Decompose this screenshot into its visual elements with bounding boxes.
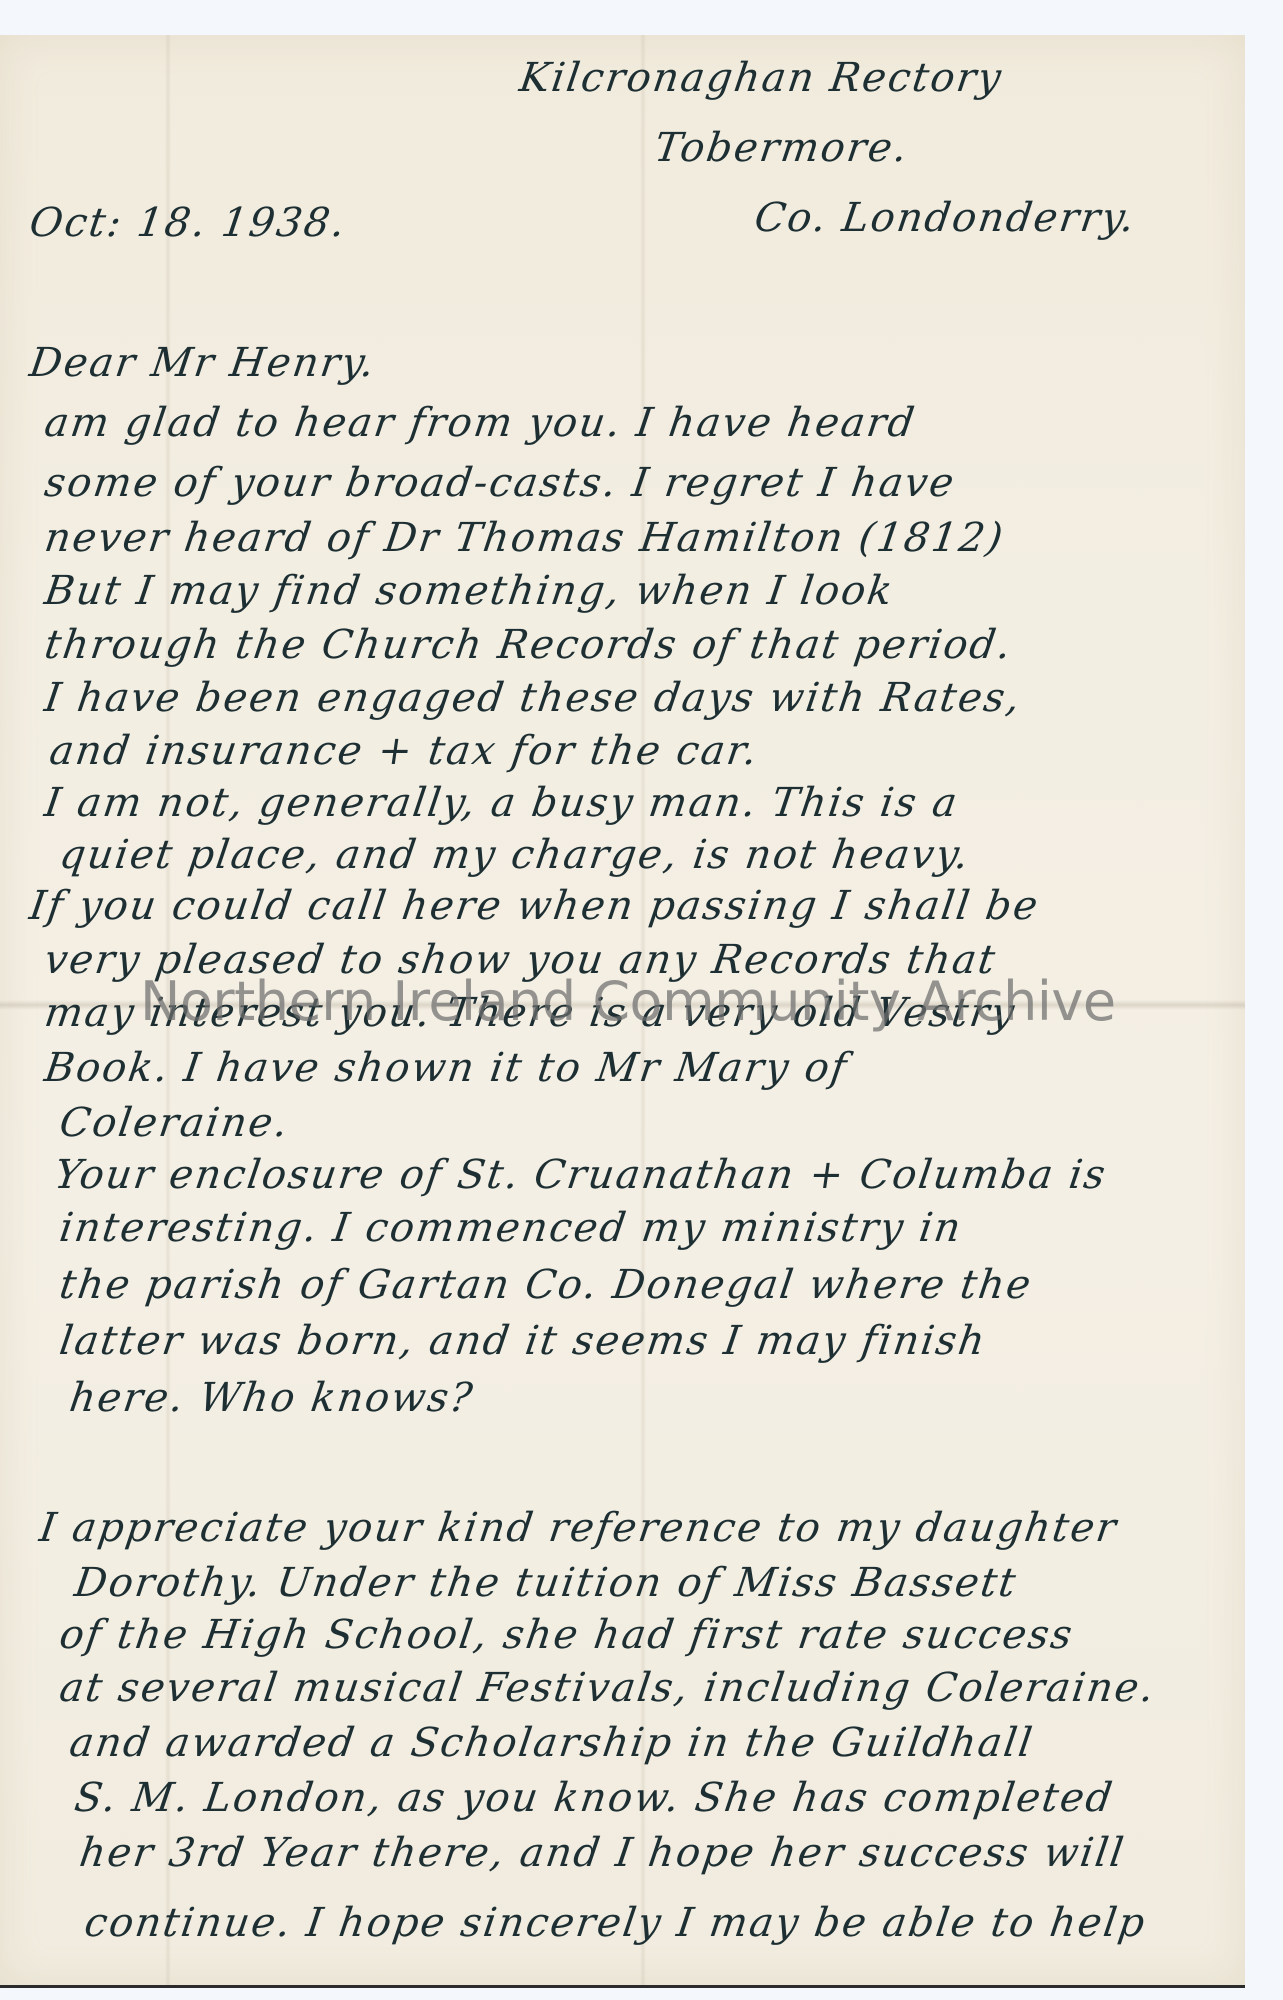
salutation: Dear Mr Henry. [27,340,379,386]
letter-date: Oct: 18. 1938. [27,200,350,246]
body-line: at several musical Festivals, including … [57,1665,1159,1711]
watermark: Northern Ireland Community Archive [140,970,1116,1033]
body-line: her 3rd Year there, and I hope her succe… [77,1830,1128,1876]
body-line: Coleraine. [57,1100,293,1146]
body-line: quiet place, and my charge, is not heavy… [57,832,973,878]
body-line: through the Church Records of that perio… [42,622,1016,668]
body-line: of the High School, she had first rate s… [57,1612,1077,1658]
body-line: Book. I have shown it to Mr Mary of [42,1045,851,1091]
address-line-2: Tobermore. [652,125,912,171]
body-line: am glad to hear from you. I have heard [42,400,919,446]
body-line: I am not, generally, a busy man. This is… [42,780,962,826]
body-line: But I may find something, when I look [42,568,897,614]
body-line: S. M. London, as you know. She has compl… [72,1775,1117,1821]
body-line: here. Who knows? [67,1375,477,1421]
body-line: I appreciate your kind reference to my d… [37,1505,1121,1551]
body-line: and insurance + tax for the car. [47,728,762,774]
body-line: and awarded a Scholarship in the Guildha… [67,1720,1037,1766]
body-line: never heard of Dr Thomas Hamilton (1812) [42,515,1008,561]
body-line: I have been engaged these days with Rate… [42,675,1025,721]
body-line: Your enclosure of St. Cruanathan + Colum… [52,1152,1110,1198]
body-line: latter was born, and it seems I may fini… [57,1318,990,1364]
address-line-3: Co. Londonderry. [752,195,1139,241]
body-line: Dorothy. Under the tuition of Miss Basse… [72,1560,1020,1606]
body-line: interesting. I commenced my ministry in [57,1205,966,1251]
body-line: some of your broad-casts. I regret I hav… [42,460,959,506]
body-line: the parish of Gartan Co. Donegal where t… [57,1262,1036,1308]
address-line-1: Kilcronaghan Rectory [517,55,1006,101]
body-line: continue. I hope sincerely I may be able… [82,1900,1150,1946]
body-line: If you could call here when passing I sh… [27,883,1043,929]
